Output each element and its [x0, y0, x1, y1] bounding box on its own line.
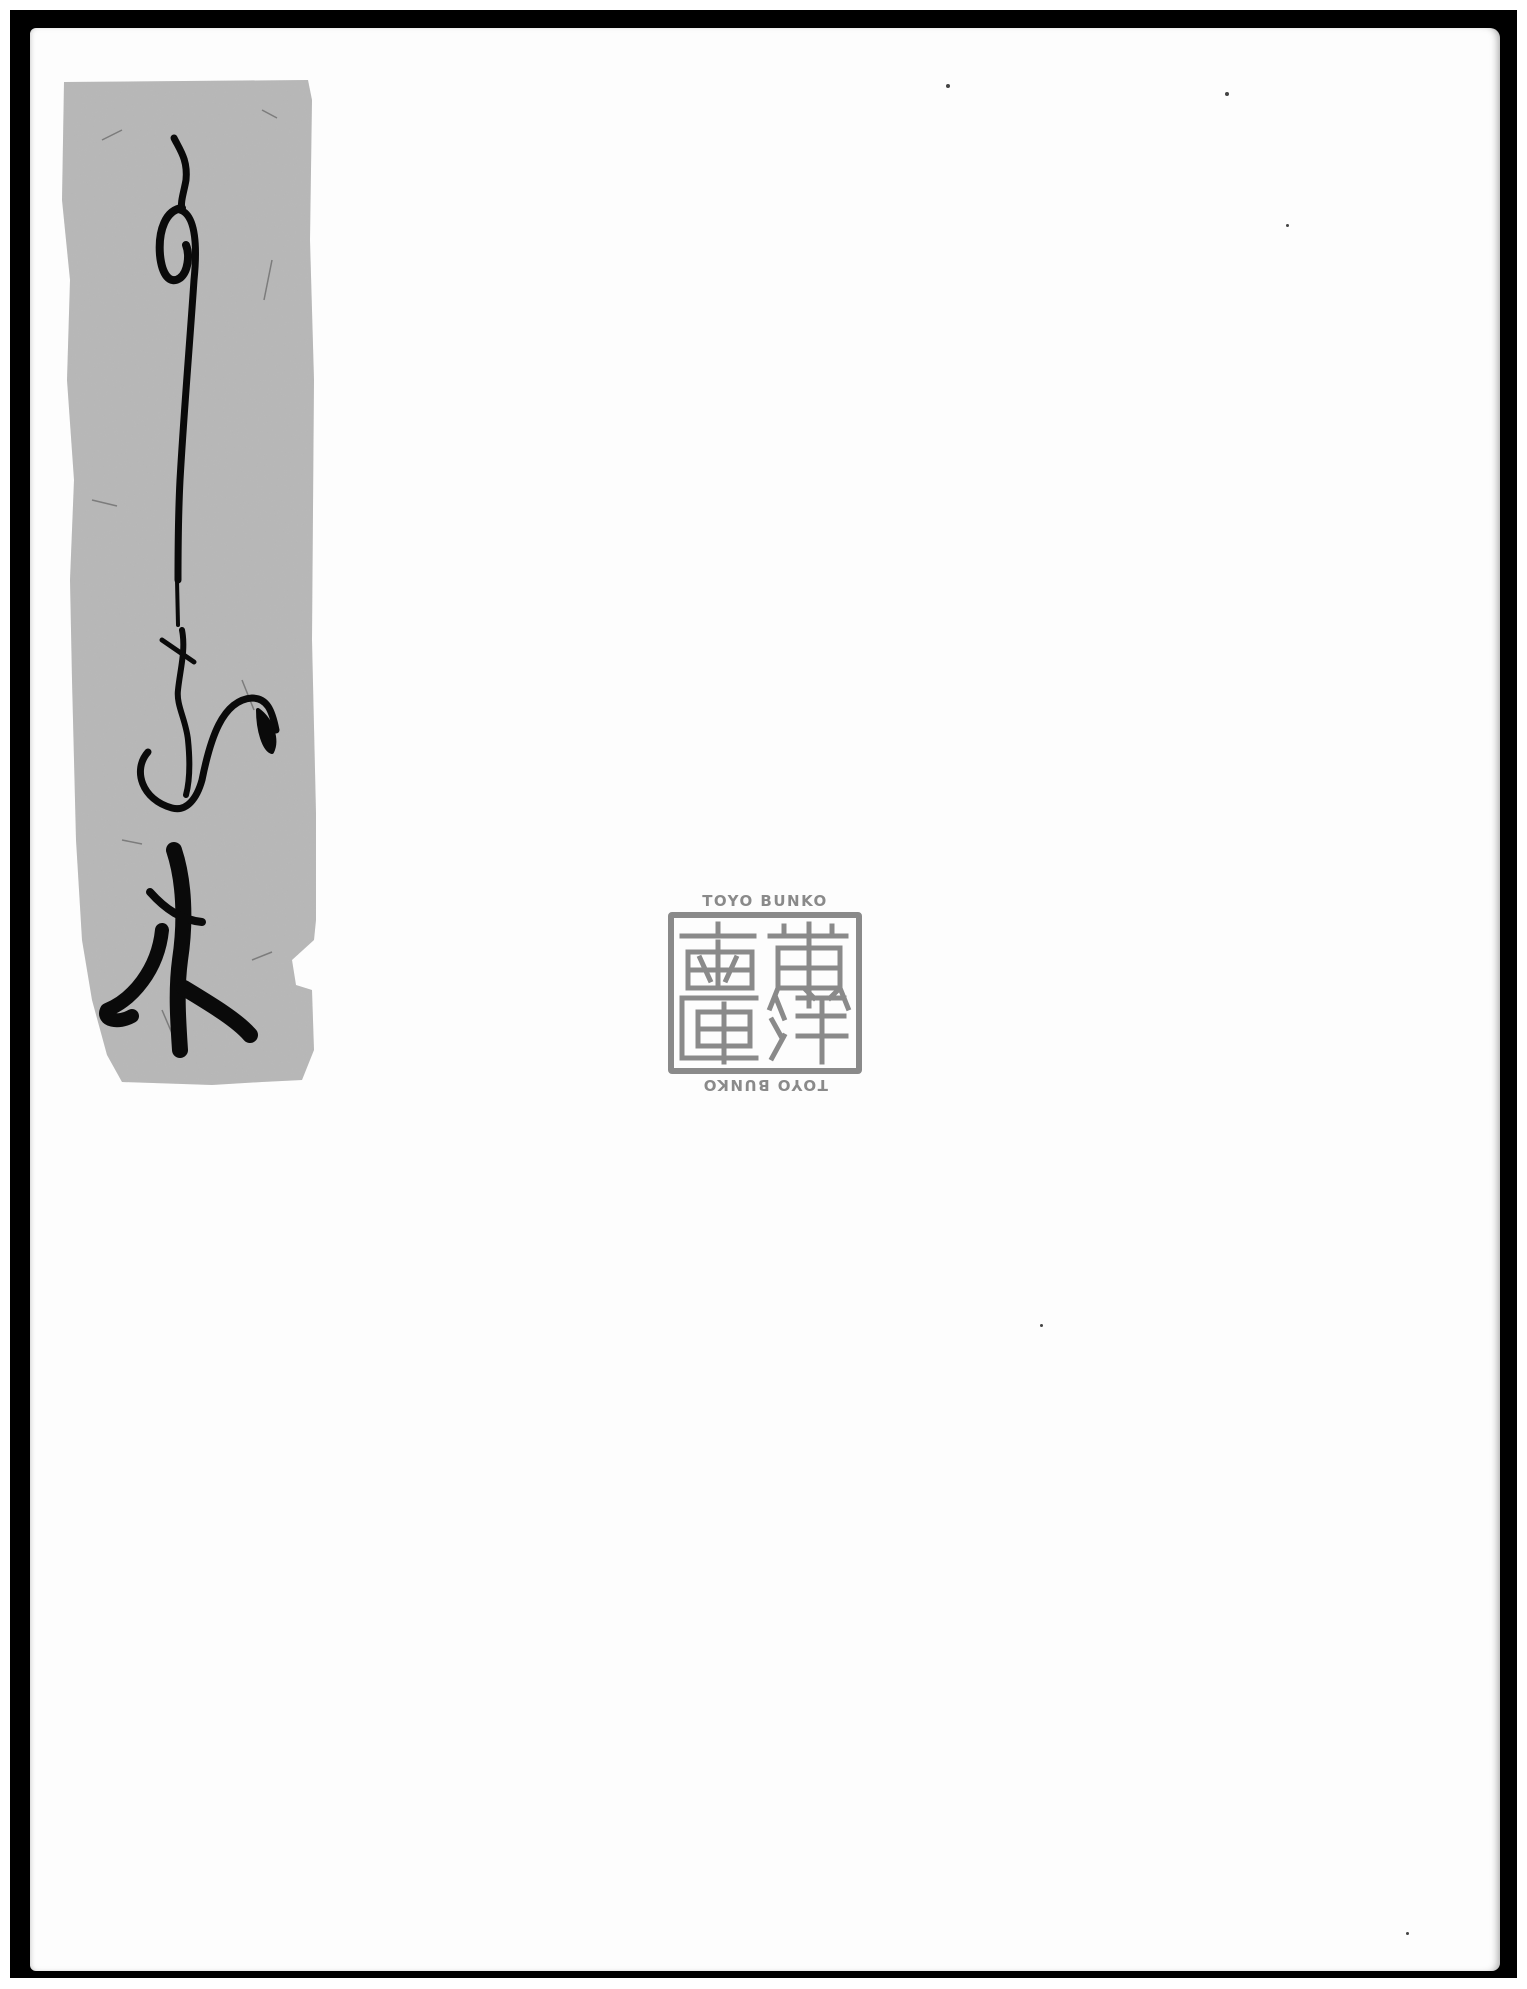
- paper-speck: [1286, 224, 1289, 227]
- paper-speck: [1406, 1932, 1409, 1935]
- seal-glyphs: [674, 918, 856, 1068]
- watermark-top-text: TOYO BUNKO: [666, 893, 864, 910]
- paper-speck: [1225, 92, 1229, 96]
- title-slip: [62, 80, 316, 1090]
- calligraphy-title: [62, 80, 316, 1090]
- watermark-seal: [668, 912, 862, 1074]
- watermark-bottom-text: TOYO BUNKO: [666, 1076, 864, 1093]
- paper-speck: [946, 84, 950, 88]
- library-watermark: TOYO BUNKO TOYO BUNKO: [666, 893, 864, 1093]
- paper-speck: [1040, 1324, 1043, 1327]
